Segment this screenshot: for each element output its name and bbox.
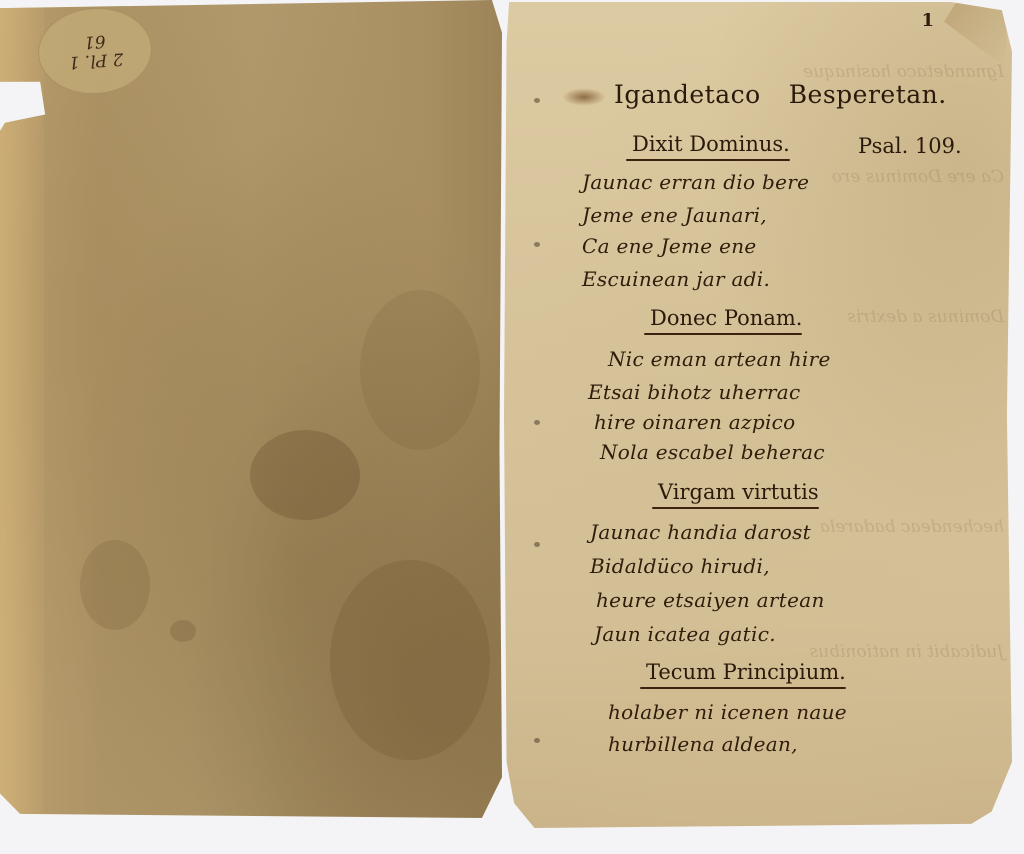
- library-shelfmark-stamp: 2 Pl. 1 61: [35, 4, 155, 98]
- section-heading: Tecum Principium.: [646, 660, 846, 684]
- water-stain: [170, 620, 196, 642]
- ink-bleed-through: Ignandetaco hasinaque: [784, 62, 1004, 82]
- right-page-recto: Ignandetaco hasinaque Ca ere Dominus ero…: [504, 2, 1012, 828]
- water-stain: [360, 290, 480, 450]
- page-number: 1: [921, 10, 934, 31]
- verse-line: holaber ni icenen naue: [608, 700, 847, 724]
- page-title: IgandetacoBesperetan.: [614, 80, 947, 109]
- heading-text: Dixit Dominus.: [632, 132, 790, 156]
- sewing-hole: [534, 242, 540, 247]
- heading-text: Donec Ponam.: [650, 306, 802, 330]
- section-heading: Donec Ponam.: [650, 306, 802, 330]
- verse-line: Ca ene Jeme ene: [582, 234, 757, 258]
- verse-line: Jaunac erran dio bere: [582, 170, 809, 194]
- ink-bleed-through: Judicabit in nationibus: [784, 642, 1004, 662]
- psalm-reference: Psal. 109.: [858, 134, 962, 158]
- section-heading: Virgam virtutis: [658, 480, 819, 504]
- title-word-1: Igandetaco: [614, 80, 761, 109]
- verse-line: Nola escabel beherac: [600, 440, 825, 464]
- verse-line: Etsai bihotz uherrac: [588, 380, 800, 404]
- heading-underline: [626, 159, 790, 161]
- title-word-2: Besperetan.: [789, 80, 947, 109]
- folded-corner: [944, 2, 1006, 68]
- verse-line: Escuinean jar adi.: [582, 267, 770, 291]
- sewing-hole: [534, 98, 540, 103]
- sewing-hole: [534, 542, 540, 547]
- shelfmark-text: 2 Pl. 1 61: [66, 30, 123, 71]
- sewing-hole: [534, 738, 540, 743]
- verse-line: Bidaldüco hirudi,: [590, 554, 770, 578]
- verse-line: Jeme ene Jaunari,: [582, 203, 767, 227]
- page-edge-discoloration: [0, 0, 44, 818]
- water-stain: [80, 540, 150, 630]
- sewing-hole: [534, 420, 540, 425]
- verse-line: Jaunac handia darost: [590, 520, 811, 544]
- verse-line: Jaun icatea gatic.: [594, 622, 776, 646]
- left-page-verso: 2 Pl. 1 61: [0, 0, 502, 818]
- heading-text: Virgam virtutis: [658, 480, 819, 504]
- verse-line: hire oinaren azpico: [594, 410, 796, 434]
- water-stain: [330, 560, 490, 760]
- heading-underline: [640, 687, 846, 689]
- verse-line: heure etsaiyen artean: [596, 588, 825, 612]
- verse-line: hurbillena aldean,: [608, 732, 798, 756]
- heading-underline: [644, 333, 802, 335]
- ink-bleed-through: Dominus a dextris: [784, 307, 1004, 327]
- section-heading: Dixit Dominus.: [632, 132, 790, 156]
- water-stain: [250, 430, 360, 520]
- heading-text: Tecum Principium.: [646, 660, 846, 684]
- verse-line: Nic eman artean hire: [608, 347, 831, 371]
- ink-blot: [562, 88, 606, 106]
- heading-underline: [652, 507, 819, 509]
- ink-bleed-through: Ca ere Dominus ero: [784, 167, 1004, 187]
- ink-bleed-through: hechendeac badarela: [784, 517, 1004, 537]
